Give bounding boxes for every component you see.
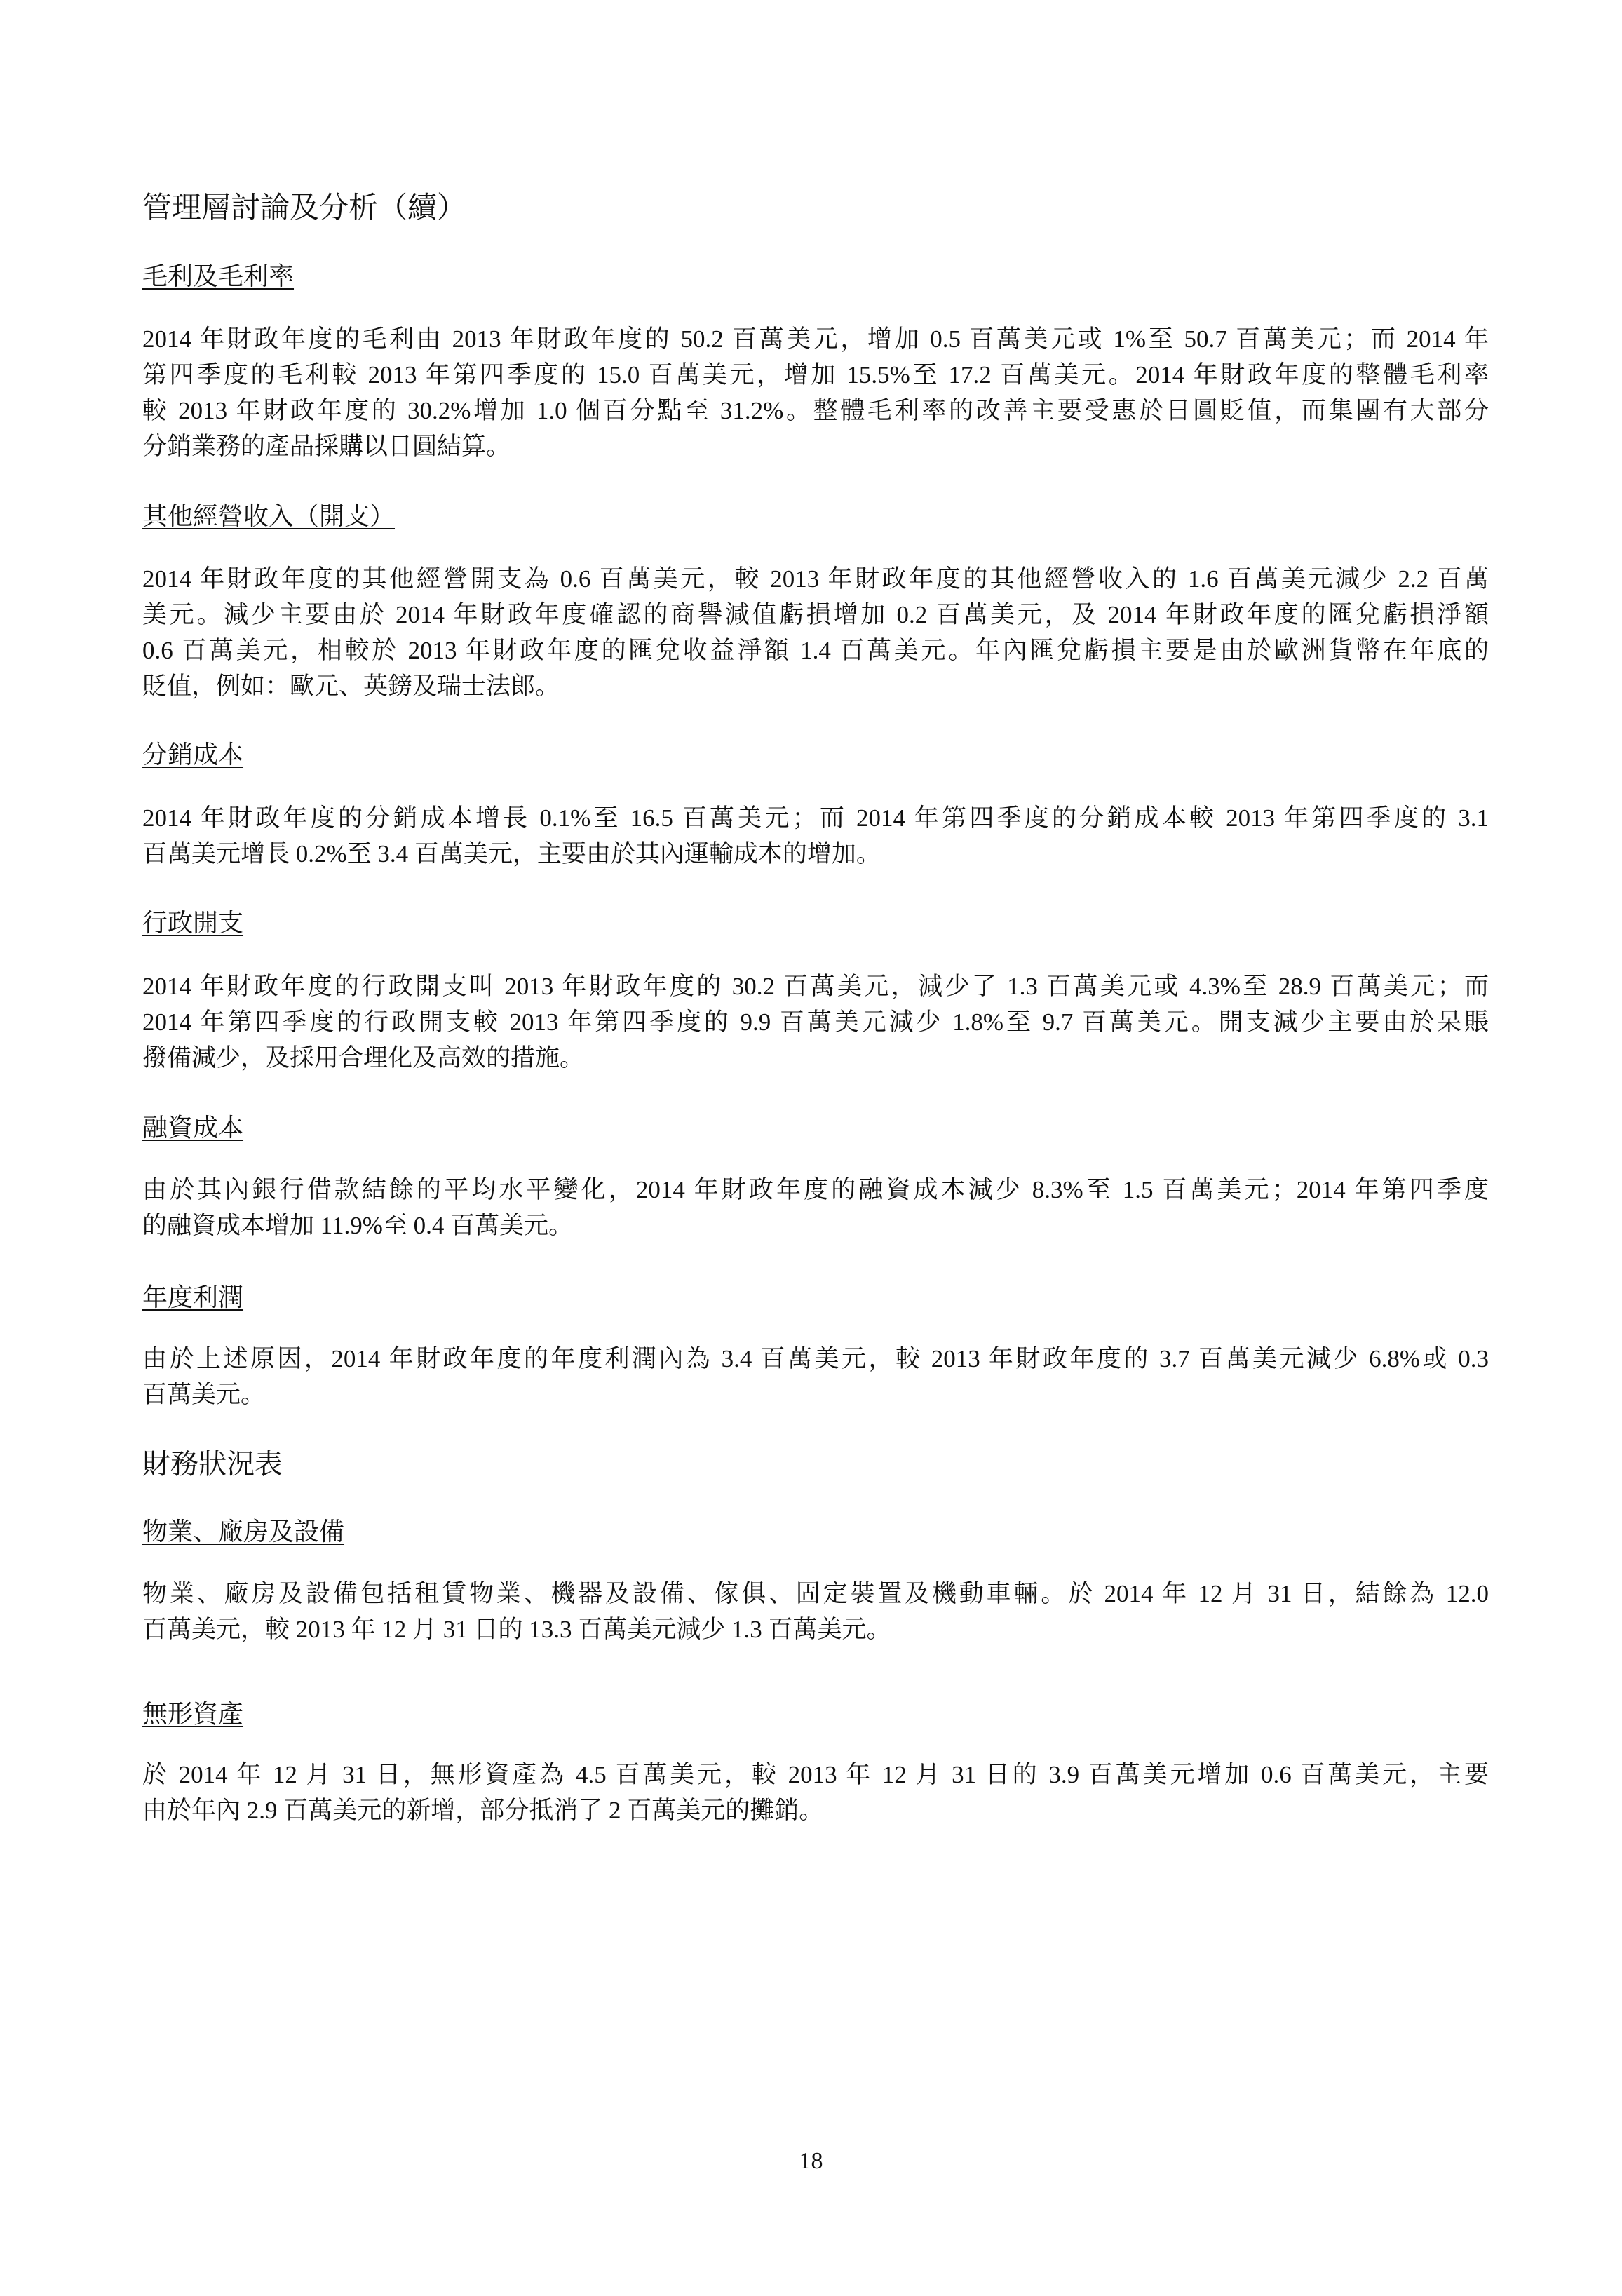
paragraph-line: 2014 年財政年度的行政開支叫 2013 年財政年度的 30.2 百萬美元，減… <box>142 968 1489 1004</box>
paragraph-line: 2014 年第四季度的行政開支較 2013 年第四季度的 9.9 百萬美元減少 … <box>142 1004 1489 1040</box>
paragraph-line: 較 2013 年財政年度的 30.2%增加 1.0 個百分點至 31.2%。整體… <box>142 393 1489 428</box>
paragraph-line: 百萬美元。 <box>142 1377 1489 1412</box>
paragraph-line: 的融資成本增加 11.9%至 0.4 百萬美元。 <box>142 1208 1489 1243</box>
paragraph-profit-for-year: 由於上述原因，2014 年財政年度的年度利潤內為 3.4 百萬美元，較 2013… <box>142 1341 1489 1412</box>
paragraph-gross-profit: 2014 年財政年度的毛利由 2013 年財政年度的 50.2 百萬美元，增加 … <box>142 321 1489 464</box>
paragraph-line: 物業、廠房及設備包括租賃物業、機器及設備、傢俱、固定裝置及機動車輛。於 2014… <box>142 1576 1489 1612</box>
section-heading-admin-expenses: 行政開支 <box>142 906 243 940</box>
page-number: 18 <box>0 2146 1622 2177</box>
paragraph-line: 分銷業務的產品採購以日圓結算。 <box>142 428 1489 464</box>
paragraph-finance-costs: 由於其內銀行借款結餘的平均水平變化，2014 年財政年度的融資成本減少 8.3%… <box>142 1172 1489 1243</box>
paragraph-line: 2014 年財政年度的分銷成本增長 0.1%至 16.5 百萬美元；而 2014… <box>142 800 1489 836</box>
paragraph-distribution-costs: 2014 年財政年度的分銷成本增長 0.1%至 16.5 百萬美元；而 2014… <box>142 800 1489 872</box>
paragraph-line: 百萬美元增長 0.2%至 3.4 百萬美元，主要由於其內運輸成本的增加。 <box>142 836 1489 872</box>
paragraph-line: 美元。減少主要由於 2014 年財政年度確認的商譽減值虧損增加 0.2 百萬美元… <box>142 597 1489 633</box>
paragraph-line: 百萬美元，較 2013 年 12 月 31 日的 13.3 百萬美元減少 1.3… <box>142 1612 1489 1647</box>
paragraph-intangible-assets: 於 2014 年 12 月 31 日，無形資產為 4.5 百萬美元，較 2013… <box>142 1757 1489 1828</box>
section-heading-intangible-assets: 無形資產 <box>142 1697 243 1731</box>
section-heading-other-operating: 其他經營收入（開支） <box>142 499 395 533</box>
paragraph-ppe: 物業、廠房及設備包括租賃物業、機器及設備、傢俱、固定裝置及機動車輛。於 2014… <box>142 1576 1489 1647</box>
section-heading-gross-profit: 毛利及毛利率 <box>142 259 294 293</box>
section-heading-profit-for-year: 年度利潤 <box>142 1281 243 1314</box>
section-heading-finance-costs: 融資成本 <box>142 1111 243 1144</box>
paragraph-admin-expenses: 2014 年財政年度的行政開支叫 2013 年財政年度的 30.2 百萬美元，減… <box>142 968 1489 1076</box>
paragraph-line: 2014 年財政年度的毛利由 2013 年財政年度的 50.2 百萬美元，增加 … <box>142 321 1489 357</box>
paragraph-line: 於 2014 年 12 月 31 日，無形資產為 4.5 百萬美元，較 2013… <box>142 1757 1489 1792</box>
paragraph-line: 第四季度的毛利較 2013 年第四季度的 15.0 百萬美元，增加 15.5%至… <box>142 357 1489 393</box>
section-heading-financial-position: 財務狀況表 <box>142 1447 283 1481</box>
paragraph-line: 貶值，例如：歐元、英鎊及瑞士法郎。 <box>142 668 1489 704</box>
section-heading-distribution-costs: 分銷成本 <box>142 738 243 771</box>
page-title: 管理層討論及分析（續） <box>142 188 466 227</box>
section-heading-ppe: 物業、廠房及設備 <box>142 1515 344 1548</box>
paragraph-line: 由於年內 2.9 百萬美元的新增，部分抵消了 2 百萬美元的攤銷。 <box>142 1792 1489 1828</box>
paragraph-other-operating: 2014 年財政年度的其他經營開支為 0.6 百萬美元，較 2013 年財政年度… <box>142 561 1489 704</box>
paragraph-line: 2014 年財政年度的其他經營開支為 0.6 百萬美元，較 2013 年財政年度… <box>142 561 1489 597</box>
paragraph-line: 由於上述原因，2014 年財政年度的年度利潤內為 3.4 百萬美元，較 2013… <box>142 1341 1489 1377</box>
paragraph-line: 0.6 百萬美元，相較於 2013 年財政年度的匯兌收益淨額 1.4 百萬美元。… <box>142 633 1489 668</box>
paragraph-line: 由於其內銀行借款結餘的平均水平變化，2014 年財政年度的融資成本減少 8.3%… <box>142 1172 1489 1208</box>
paragraph-line: 撥備減少，及採用合理化及高效的措施。 <box>142 1040 1489 1076</box>
